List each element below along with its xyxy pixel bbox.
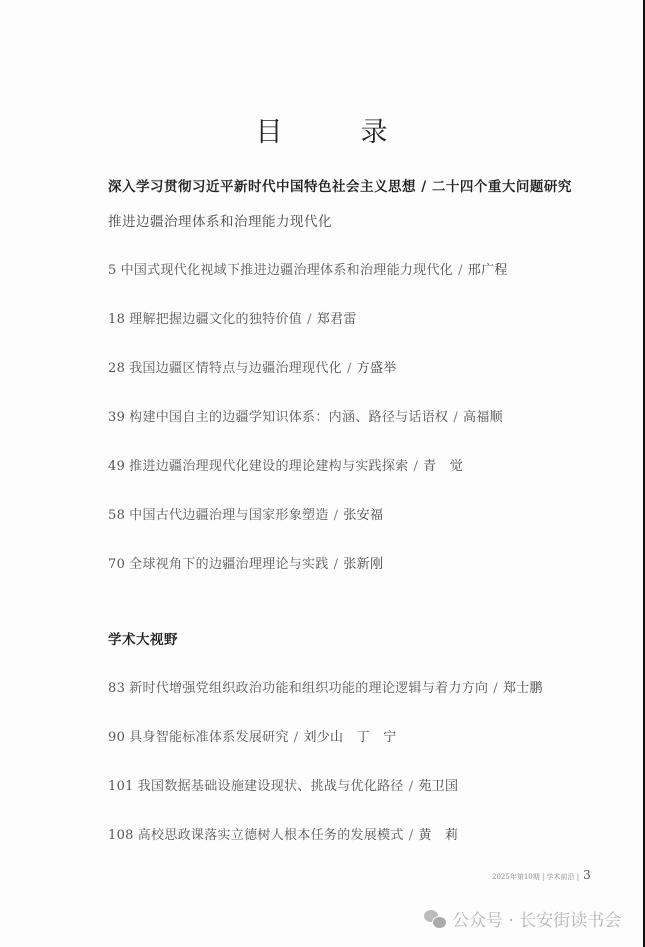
- toc-entry[interactable]: 101我国数据基础设施建设现状、挑战与优化路径/苑卫国: [108, 775, 458, 794]
- toc-entry[interactable]: 58中国古代边疆治理与国家形象塑造/张安福: [108, 504, 383, 523]
- entry-author: 郑士鹏: [503, 681, 543, 696]
- entry-author: 张新刚: [343, 557, 383, 572]
- wechat-icon: [424, 910, 446, 928]
- wechat-watermark: 公众号 · 长安街读书会: [424, 906, 621, 931]
- entry-author: 邢广程: [468, 263, 508, 278]
- toc-entry[interactable]: 49推进边疆治理现代化建设的理论建构与实践探索/青 觉: [108, 455, 463, 474]
- entry-page: 108: [108, 828, 134, 843]
- section-heading-1: 深入学习贯彻习近平新时代中国特色社会主义思想 / 二十四个重大问题研究: [108, 175, 572, 195]
- entry-title: 新时代增强党组织政治功能和组织功能的理论逻辑与着力方向: [129, 681, 488, 696]
- title-char-2: 录: [361, 110, 388, 149]
- entry-author: 苑卫国: [418, 779, 458, 794]
- entry-author: 青 觉: [423, 459, 463, 474]
- toc-entry[interactable]: 70全球视角下的边疆治理理论与实践/张新刚: [108, 553, 383, 572]
- separator: /: [413, 459, 418, 474]
- entry-page: 18: [108, 312, 125, 327]
- section-heading-2: 学术大视野: [108, 628, 178, 648]
- toc-entry[interactable]: 28我国边疆区情特点与边疆治理现代化/方盛举: [108, 357, 397, 376]
- title-char-1: 目: [256, 110, 283, 149]
- separator: /: [307, 312, 312, 327]
- entry-page: 70: [108, 557, 125, 572]
- separator: /: [294, 730, 299, 745]
- page-footer: 2025年第10期 | 学术前沿 |3: [492, 868, 591, 882]
- entry-page: 101: [108, 779, 134, 794]
- entry-title: 构建中国自主的边疆学知识体系：内涵、路径与话语权: [129, 410, 448, 425]
- watermark-text: 公众号 · 长安街读书会: [452, 906, 621, 931]
- entry-page: 28: [108, 361, 125, 376]
- entry-page: 90: [108, 730, 125, 745]
- issue-info: 2025年第10期 | 学术前沿 |: [492, 873, 579, 881]
- separator: /: [334, 508, 339, 523]
- entry-title: 推进边疆治理现代化建设的理论建构与实践探索: [129, 459, 408, 474]
- entry-page: 5: [108, 263, 117, 278]
- toc-entry[interactable]: 39构建中国自主的边疆学知识体系：内涵、路径与话语权/高福顺: [108, 406, 503, 425]
- entry-title: 我国边疆区情特点与边疆治理现代化: [129, 361, 342, 376]
- entry-title: 全球视角下的边疆治理理论与实践: [129, 557, 329, 572]
- separator: /: [453, 410, 458, 425]
- toc-entry[interactable]: 108高校思政课落实立德树人根本任务的发展模式/黄 莉: [108, 824, 458, 843]
- entry-title: 理解把握边疆文化的独特价值: [129, 312, 302, 327]
- separator: /: [458, 263, 463, 278]
- entry-author: 黄 莉: [418, 828, 458, 843]
- entry-page: 83: [108, 681, 125, 696]
- entry-title: 高校思政课落实立德树人根本任务的发展模式: [138, 828, 404, 843]
- toc-entry[interactable]: 90具身智能标准体系发展研究/刘少山 丁 宁: [108, 726, 397, 745]
- entry-page: 49: [108, 459, 125, 474]
- entry-author: 刘少山 丁 宁: [303, 730, 396, 745]
- section-subheading-1: 推进边疆治理体系和治理能力现代化: [108, 210, 332, 230]
- separator: /: [334, 557, 339, 572]
- entry-author: 方盛举: [357, 361, 397, 376]
- page-number: 3: [583, 868, 591, 882]
- toc-entry[interactable]: 83新时代增强党组织政治功能和组织功能的理论逻辑与着力方向/郑士鹏: [108, 677, 543, 696]
- separator: /: [493, 681, 498, 696]
- toc-entry[interactable]: 18理解把握边疆文化的独特价值/郑君雷: [108, 308, 357, 327]
- toc-page: 目录 深入学习贯彻习近平新时代中国特色社会主义思想 / 二十四个重大问题研究 推…: [0, 0, 643, 947]
- separator: /: [347, 361, 352, 376]
- entry-author: 张安福: [343, 508, 383, 523]
- separator: /: [409, 779, 414, 794]
- entry-author: 郑君雷: [317, 312, 357, 327]
- entry-page: 58: [108, 508, 125, 523]
- entry-author: 高福顺: [463, 410, 503, 425]
- toc-entry[interactable]: 5中国式现代化视域下推进边疆治理体系和治理能力现代化/邢广程: [108, 259, 508, 278]
- separator: /: [409, 828, 414, 843]
- page-title: 目录: [0, 110, 643, 149]
- entry-title: 具身智能标准体系发展研究: [129, 730, 289, 745]
- entry-page: 39: [108, 410, 125, 425]
- entry-title: 中国古代边疆治理与国家形象塑造: [129, 508, 329, 523]
- entry-title: 我国数据基础设施建设现状、挑战与优化路径: [138, 779, 404, 794]
- entry-title: 中国式现代化视域下推进边疆治理体系和治理能力现代化: [121, 263, 454, 278]
